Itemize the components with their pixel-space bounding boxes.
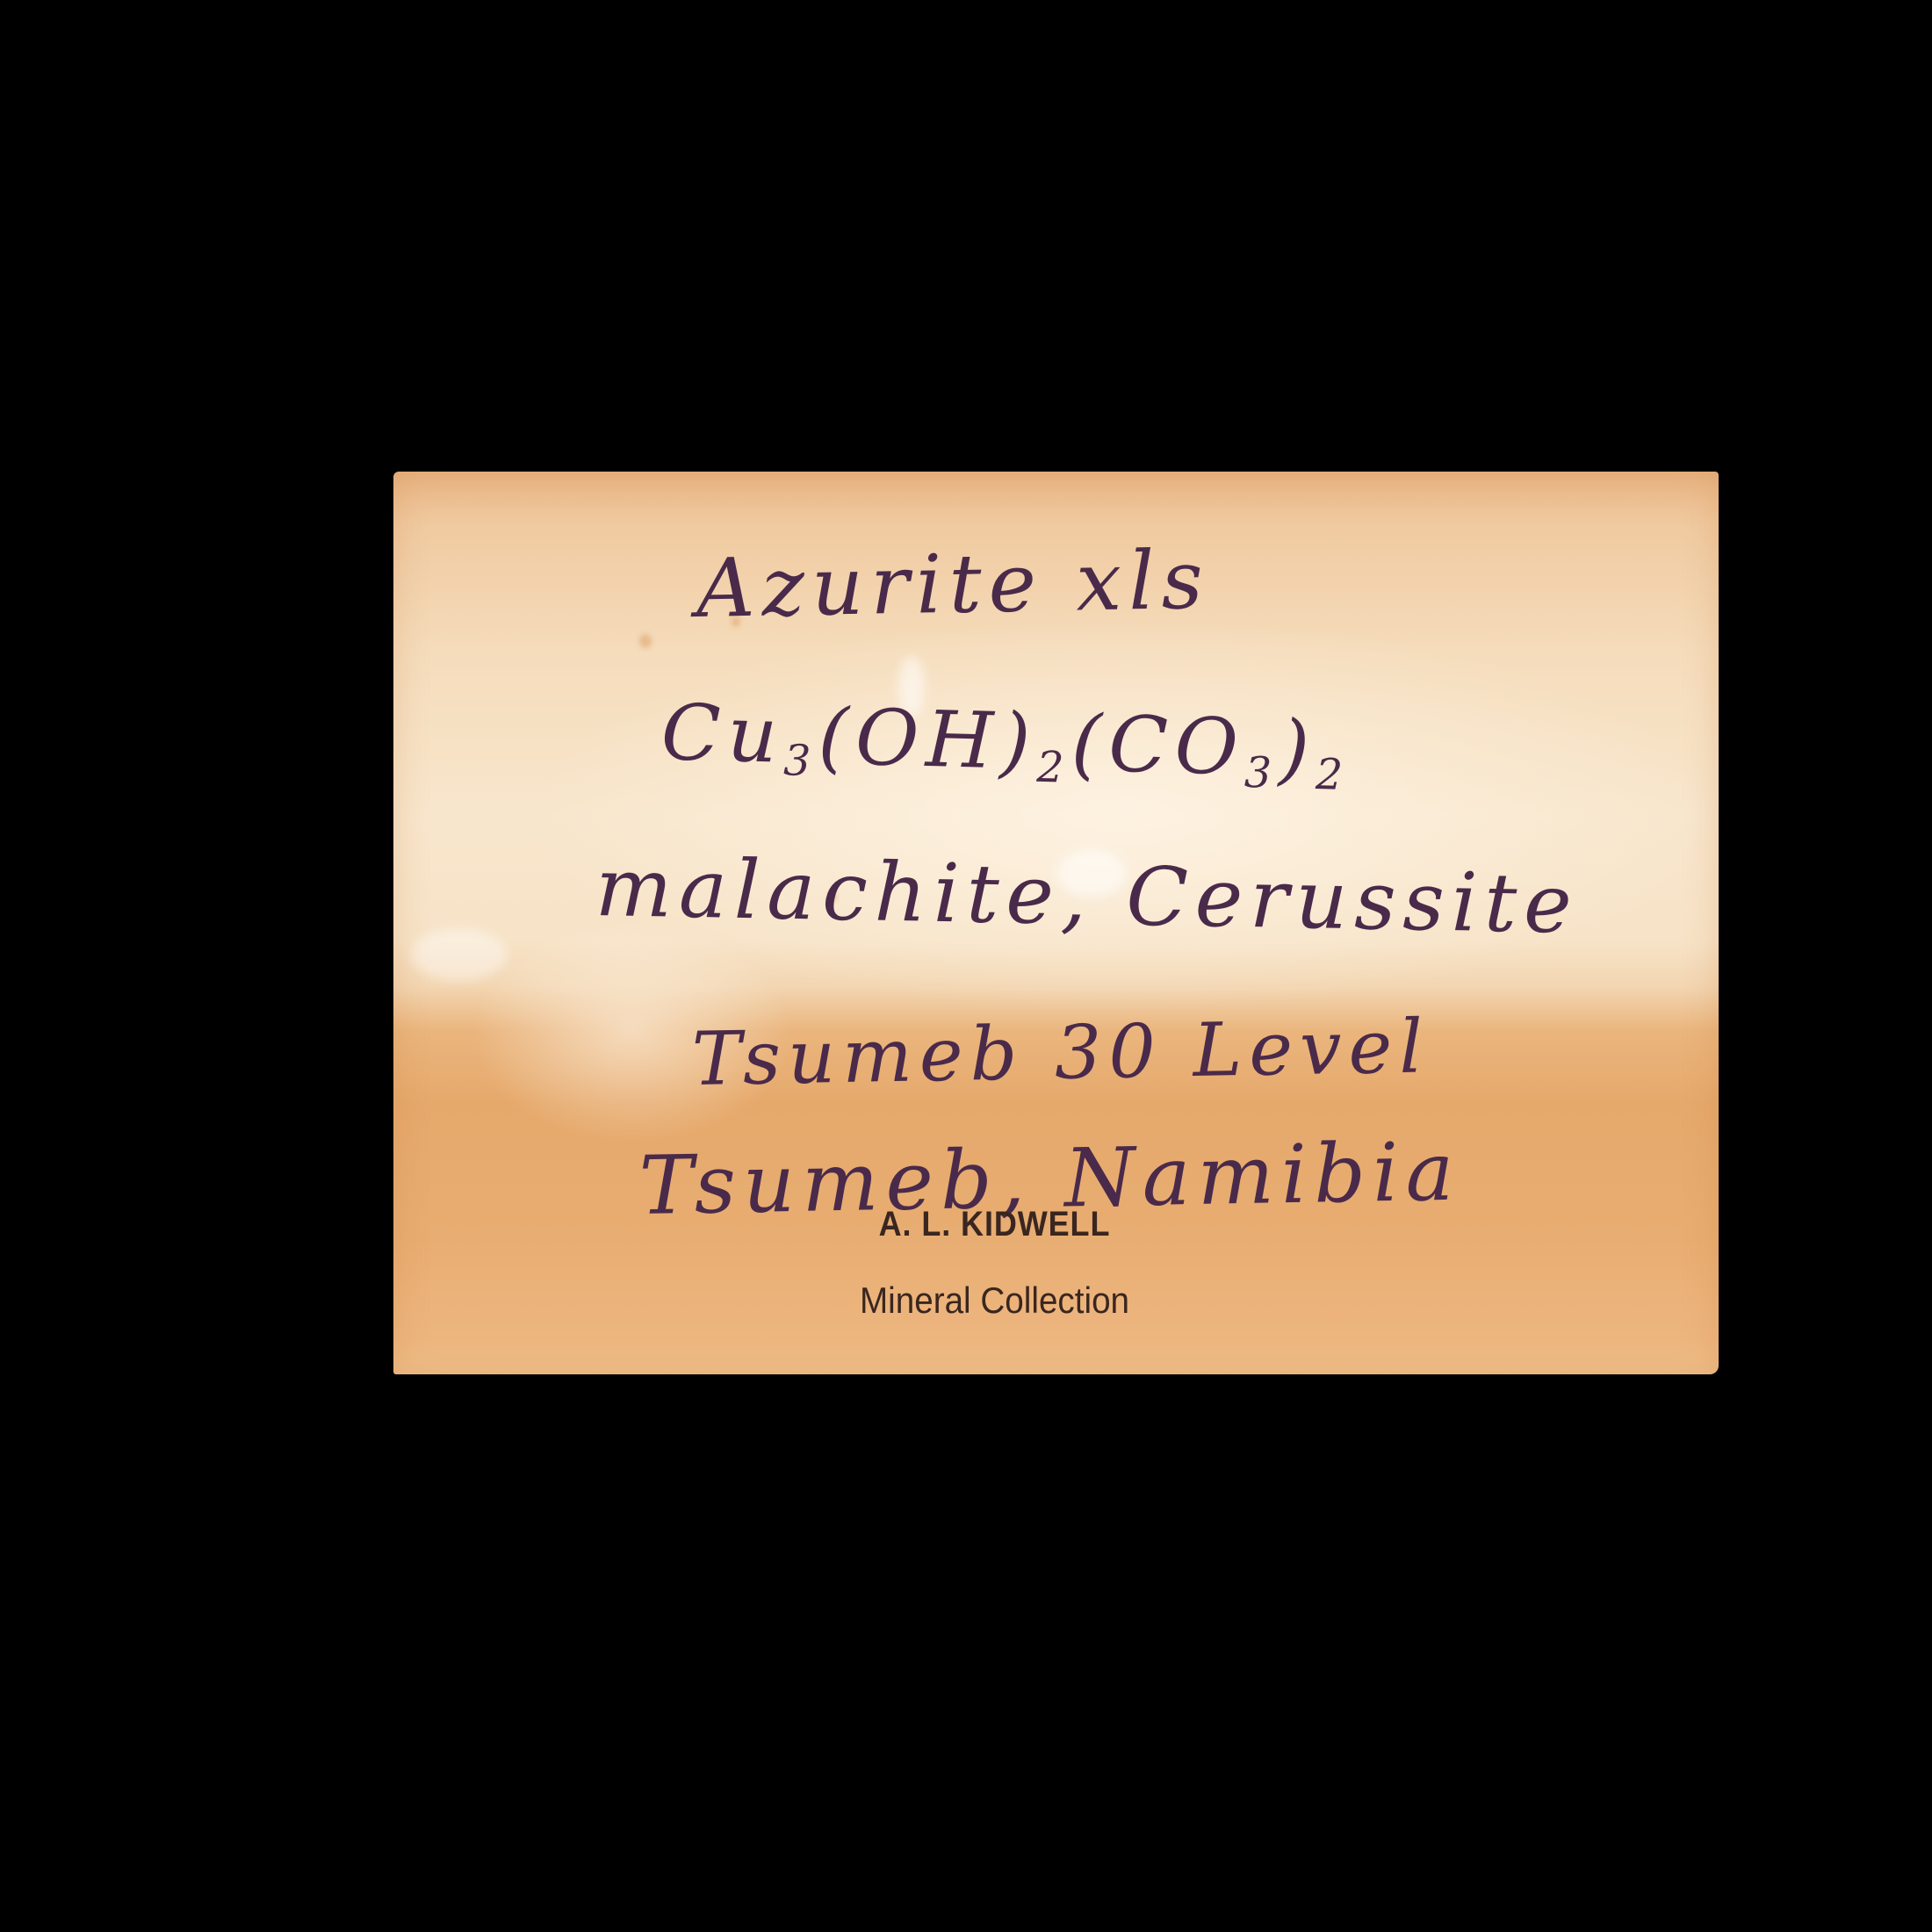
formula-subscript: 3 xyxy=(783,736,818,786)
formula-group: ) xyxy=(1278,703,1317,794)
mine-level: Tsumeb 30 Level xyxy=(691,1003,1431,1102)
chemical-formula: Cu3(OH)2(CO3)2 xyxy=(660,687,1352,800)
formula-subscript: 2 xyxy=(1036,743,1071,793)
formula-subscript: 2 xyxy=(1315,750,1350,800)
formula-group: (OH) xyxy=(817,691,1038,787)
paper-spot xyxy=(411,928,508,981)
paper-stain xyxy=(639,634,652,648)
associated-minerals: malachite, Cerussite xyxy=(595,840,1580,952)
mineral-specimen-label: Azurite xls Cu3(OH)2(CO3)2 malachite, Ce… xyxy=(393,472,1719,1374)
collection-title: Mineral Collection xyxy=(385,1280,1604,1322)
formula-element: Cu xyxy=(660,687,786,781)
formula-group: (CO xyxy=(1071,697,1246,792)
collector-name: A. L. KIDWELL xyxy=(398,1205,1590,1244)
mineral-name: Azurite xls xyxy=(696,533,1211,636)
formula-subscript: 3 xyxy=(1244,748,1279,798)
